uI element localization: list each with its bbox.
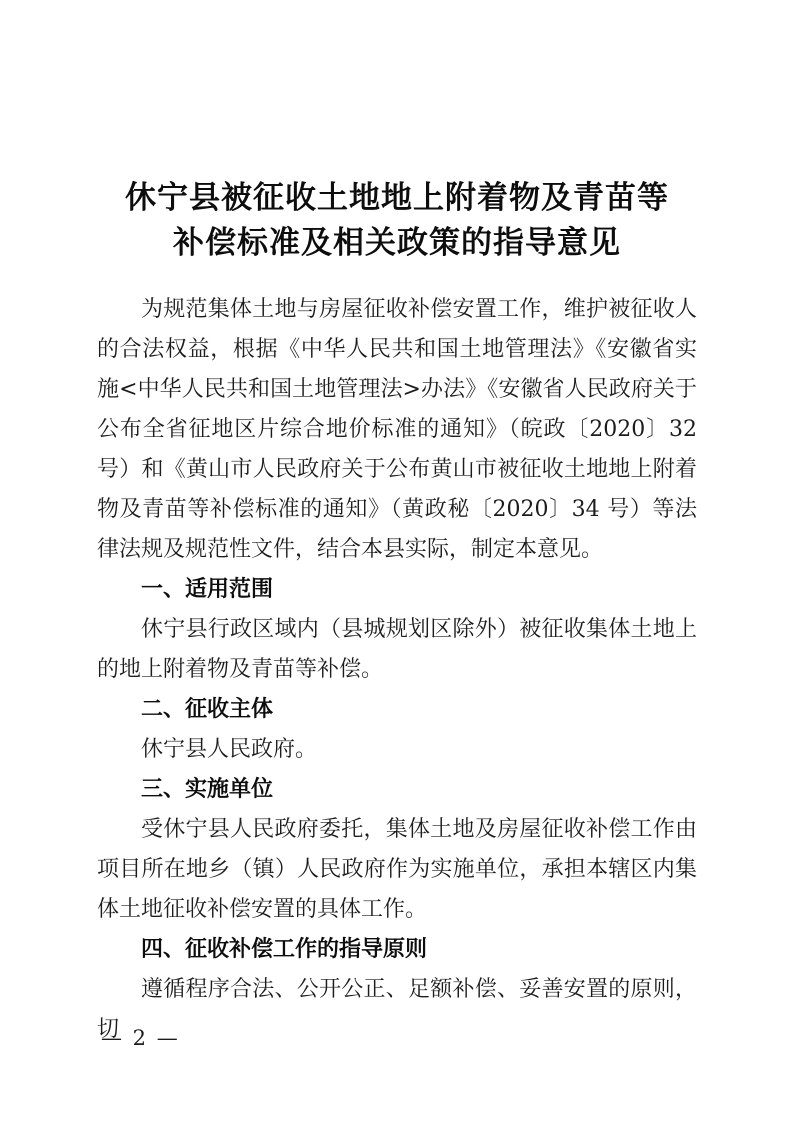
paragraph-subject: 休宁县人民政府。 xyxy=(97,730,697,770)
section-heading-3: 三、实施单位 xyxy=(97,770,697,810)
document-title: 休宁县被征收土地地上附着物及青苗等 补偿标准及相关政策的指导意见 xyxy=(97,176,697,266)
section-heading-1: 一、适用范围 xyxy=(97,570,697,610)
paragraph-implementing-unit: 受休宁县人民政府委托，集体土地及房屋征收补偿工作由项目所在地乡（镇）人民政府作为… xyxy=(97,810,697,930)
title-line-2: 补偿标准及相关政策的指导意见 xyxy=(97,221,697,266)
title-line-1: 休宁县被征收土地地上附着物及青苗等 xyxy=(97,176,697,221)
section-heading-4: 四、征收补偿工作的指导原则 xyxy=(97,930,697,970)
paragraph-scope: 休宁县行政区域内（县城规划区除外）被征收集体土地上的地上附着物及青苗等补偿。 xyxy=(97,610,697,690)
document-body: 为规范集体土地与房屋征收补偿安置工作，维护被征收人的合法权益，根据《中华人民共和… xyxy=(97,290,697,1050)
paragraph-principles: 遵循程序合法、公开公正、足额补偿、妥善安置的原则，切 xyxy=(97,970,697,1050)
section-heading-2: 二、征收主体 xyxy=(97,690,697,730)
paragraph-intro: 为规范集体土地与房屋征收补偿安置工作，维护被征收人的合法权益，根据《中华人民共和… xyxy=(97,290,697,570)
document-page: 休宁县被征收土地地上附着物及青苗等 补偿标准及相关政策的指导意见 为规范集体土地… xyxy=(0,0,793,1122)
document-content: 休宁县被征收土地地上附着物及青苗等 补偿标准及相关政策的指导意见 为规范集体土地… xyxy=(97,176,697,1050)
page-number: — 2 — xyxy=(101,1026,180,1050)
